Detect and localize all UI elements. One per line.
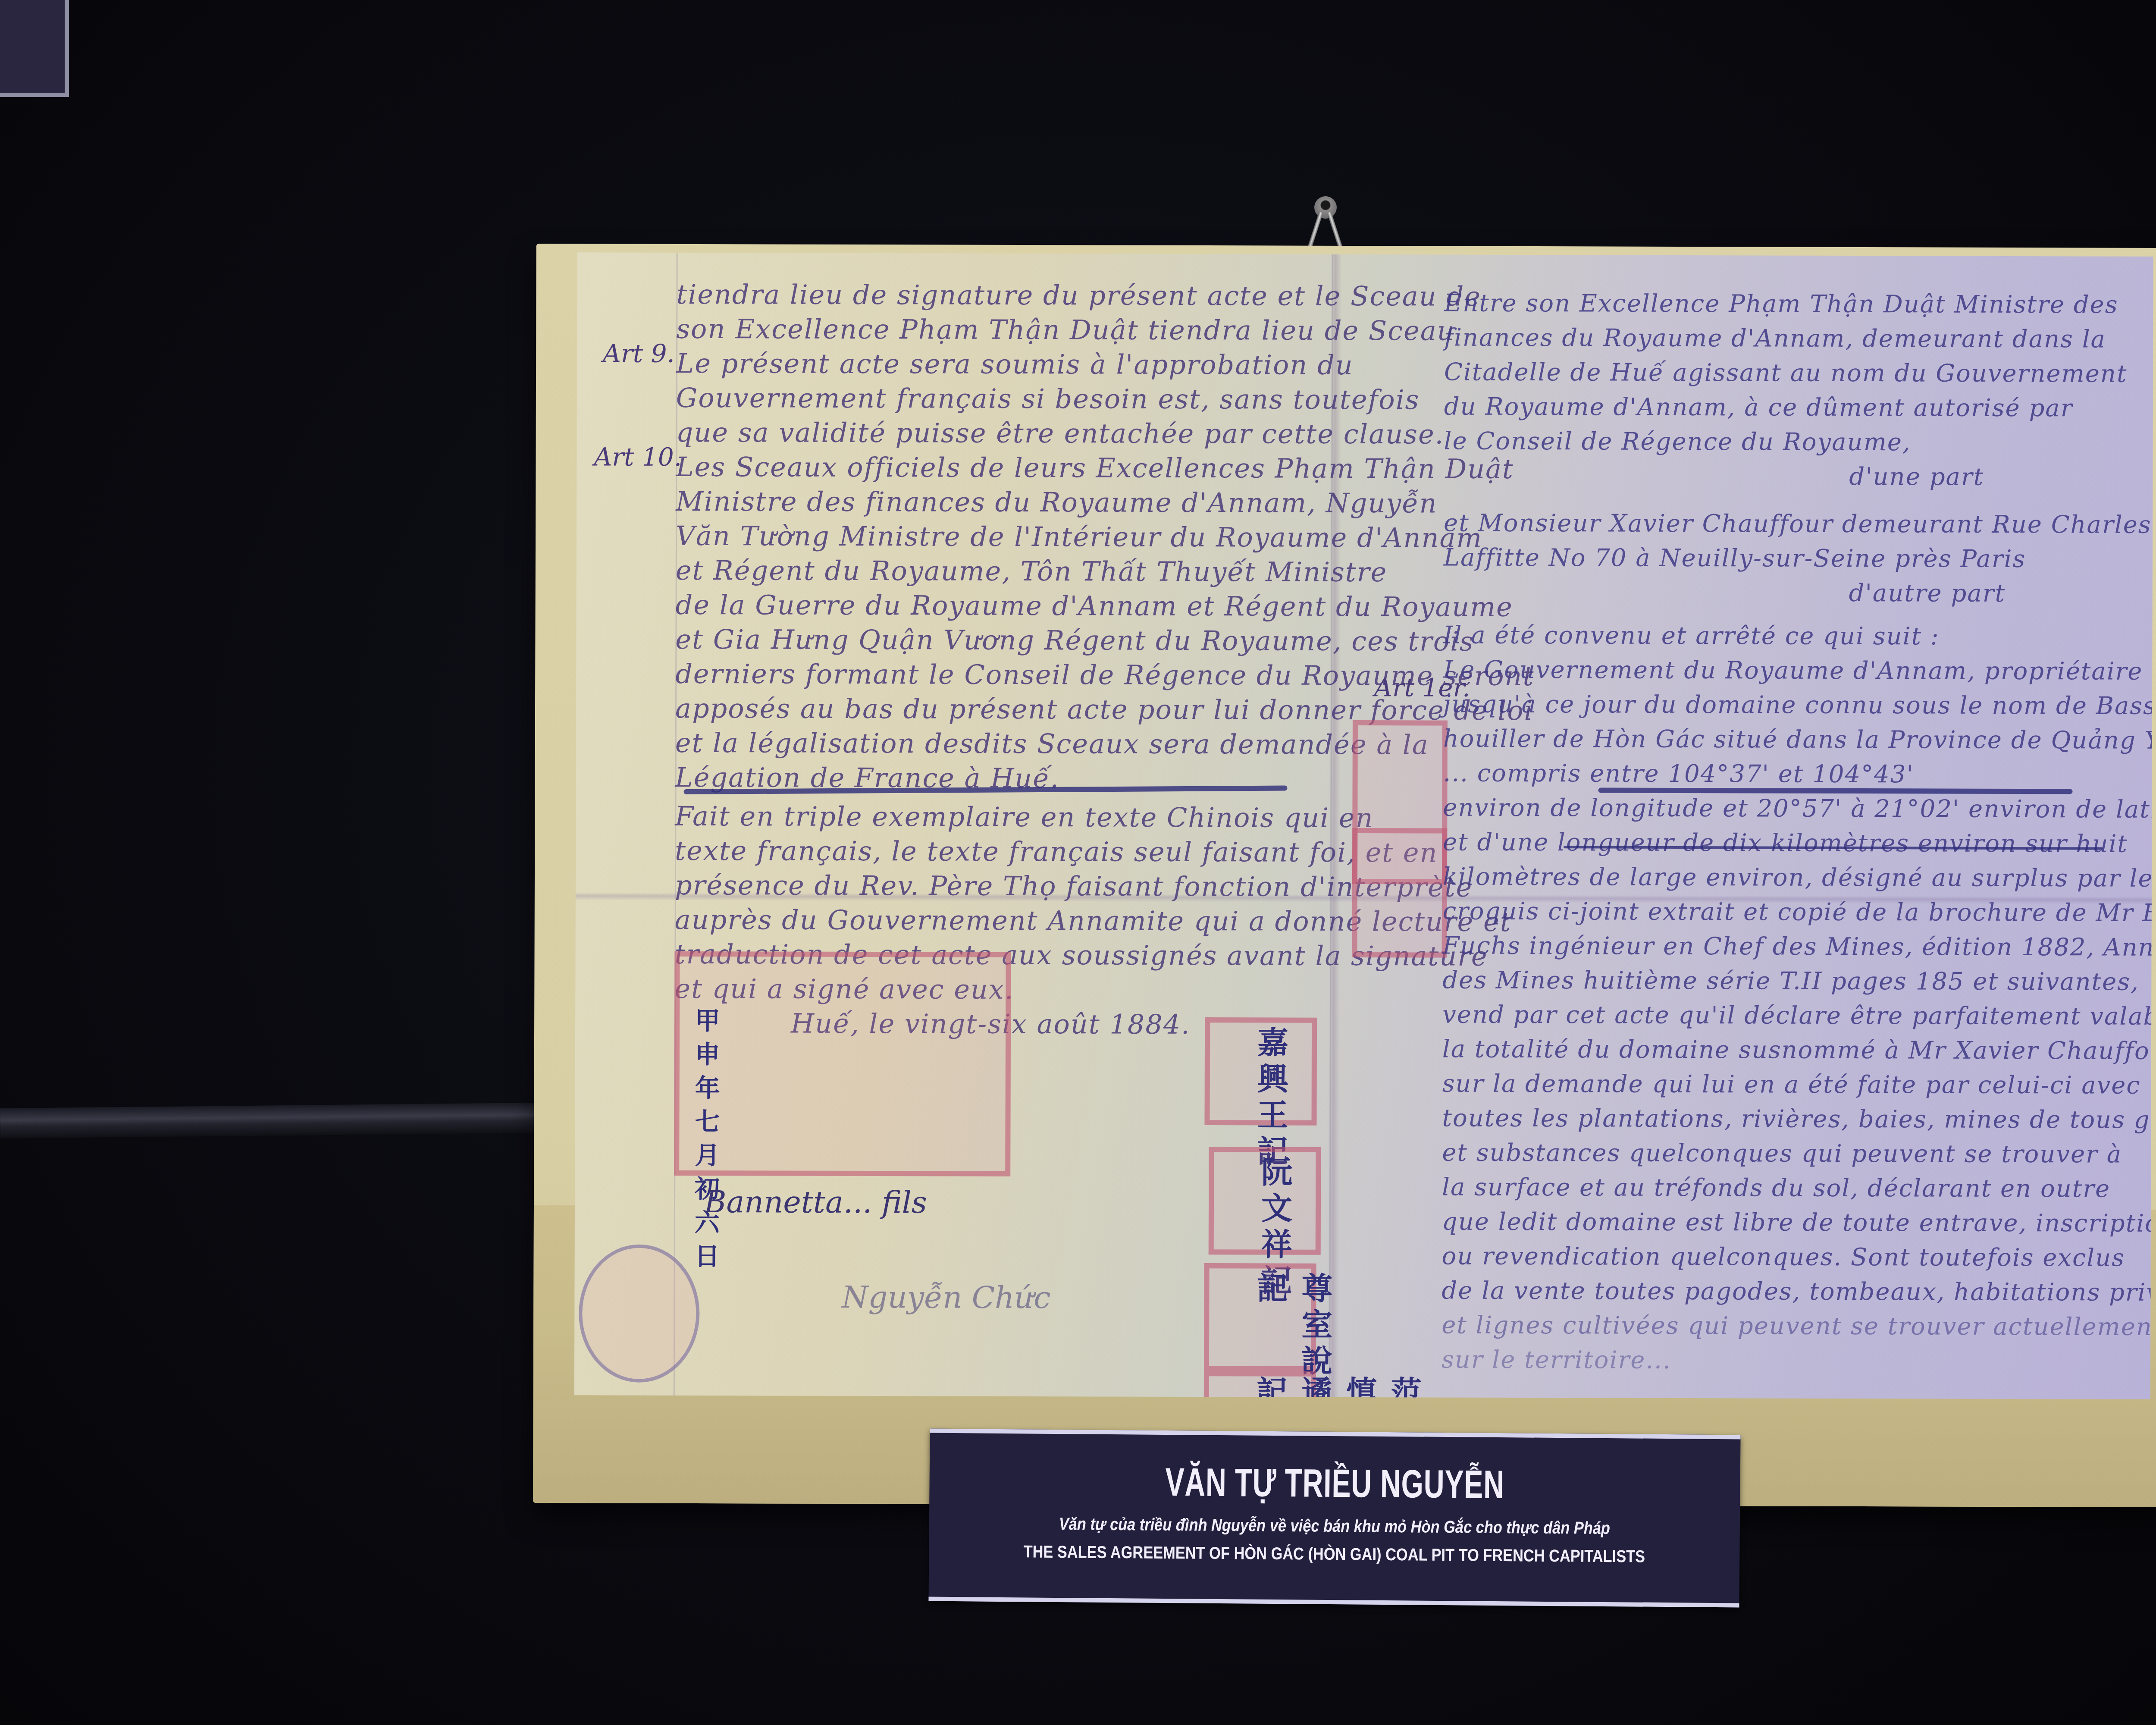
handwritten-line: environ de longitude et 20°57' à 21°02' …	[1443, 794, 2153, 824]
handwritten-line: et substances quelconques qui peuvent se…	[1442, 1139, 2122, 1169]
document-right-page: Art 1er. Entre son Excellence Phạm Thận …	[1347, 254, 2153, 1399]
article-label: Art 9.	[603, 339, 675, 368]
handwritten-line: de la vente toutes pagodes, tombeaux, ha…	[1442, 1277, 2153, 1307]
handwritten-line: la totalité du domaine susnommé à Mr Xav…	[1442, 1035, 2153, 1065]
handwritten-line: et Régent du Royaume, Tôn Thất Thuyết Mi…	[676, 555, 1388, 588]
exhibit-board: Art 9. Art 10. tiendra lieu de signature…	[533, 244, 2156, 1507]
handwritten-line: croquis ci-joint extrait et copié de la …	[1443, 897, 2153, 928]
handwritten-line: Fait en triple exemplaire en texte Chino…	[675, 800, 1373, 834]
handwritten-line: Gouvernement français si besoin est, san…	[676, 382, 1420, 416]
red-seal	[1352, 828, 1447, 958]
document-left-page: Art 9. Art 10. tiendra lieu de signature…	[574, 252, 1334, 1397]
historical-document: Art 9. Art 10. tiendra lieu de signature…	[574, 252, 2153, 1399]
large-red-seal	[674, 951, 1011, 1176]
handwritten-line: toutes les plantations, rivières, baies,…	[1442, 1104, 2153, 1135]
article-label: Art 10.	[594, 442, 682, 472]
handwritten-line: et d'une longueur de dix kilomètres envi…	[1443, 828, 2128, 858]
handwritten-line: et lignes cultivées qui peuvent se trouv…	[1442, 1311, 2153, 1341]
ink-underline	[1598, 787, 2072, 794]
handwritten-line: Laffitte No 70 à Neuilly-sur-Seine près …	[1444, 544, 2026, 574]
handwritten-line: Le Gouvernement du Royaume d'Annam, prop…	[1443, 656, 2143, 686]
caption-plaque: VĂN TỰ TRIỀU NGUYỄN Văn tự của triều đìn…	[928, 1429, 1740, 1608]
handwritten-line: le Conseil de Régence du Royaume,	[1444, 427, 1911, 457]
handwritten-line: d'autre part	[1849, 579, 2006, 608]
handwritten-line: Citadelle de Huế agissant au nom du Gouv…	[1444, 358, 2128, 388]
handwritten-line: que sa validité puisse être entachée par…	[676, 417, 1445, 450]
handwritten-line: d'une part	[1849, 463, 1984, 491]
handwritten-line: Le présent acte sera soumis à l'approbat…	[676, 348, 1354, 381]
handwritten-line: du Royaume d'Annam, à ce dûment autorisé…	[1444, 393, 2073, 423]
signature: Bannetta... fils	[704, 1184, 927, 1220]
handwritten-line: jusqu'à ce jour du domaine connu sous le…	[1443, 690, 2153, 720]
plaque-title: VĂN TỰ TRIỀU NGUYỄN	[1043, 1459, 1626, 1509]
handwritten-line: et Monsieur Xavier Chauffour demeurant R…	[1444, 509, 2152, 539]
chinese-date-text: 甲申年七月初六日	[687, 1007, 724, 1276]
handwritten-line: houiller de Hòn Gác situé dans la Provin…	[1443, 725, 2153, 755]
handwritten-line: la surface et au tréfonds du sol, déclar…	[1442, 1173, 2110, 1203]
handwritten-line: son Excellence Phạm Thận Duật tiendra li…	[676, 313, 1455, 347]
handwritten-line: sur le territoire...	[1442, 1346, 1671, 1374]
handwritten-line: et la légalisation desdits Sceaux sera d…	[675, 727, 1429, 761]
handwritten-line: Il a été convenu et arrêté ce qui suit :	[1443, 621, 1939, 651]
handwritten-line: des Mines huitième série T.II pages 185 …	[1442, 966, 2139, 996]
handwritten-line: Entre son Excellence Phạm Thận Duật Mini…	[1444, 289, 2118, 319]
handwritten-line: ... compris entre 104°37' et 104°43'	[1443, 759, 1914, 789]
plaque-subtitle-vietnamese: Văn tự của triều đình Nguyễn về việc bán…	[986, 1514, 1683, 1539]
handwritten-line: que ledit domaine est libre de toute ent…	[1442, 1208, 2153, 1238]
handwritten-line: Ministre des finances du Royaume d'Annam…	[676, 486, 1437, 519]
handwritten-line: Fuchs ingénieur en Chef des Mines, éditi…	[1442, 932, 2153, 962]
handwritten-line: texte français, le texte français seul f…	[675, 835, 1438, 869]
signature: Nguyễn Chức	[842, 1280, 1050, 1315]
hanging-hook	[1307, 196, 1345, 252]
handwritten-line: ou revendication quelconques. Sont toute…	[1442, 1242, 2125, 1272]
handwritten-line: vend par cet acte qu'il déclare être par…	[1442, 1001, 2153, 1031]
handwritten-line: sur la demande qui lui en a été faite pa…	[1442, 1070, 2141, 1100]
handwritten-line: finances du Royaume d'Annam, demeurant d…	[1444, 324, 2106, 354]
plaque-subtitle-english: THE SALES AGREEMENT OF HÒN GÁC (HÒN GAI)…	[986, 1542, 1683, 1567]
neighboring-exhibit-frame	[0, 0, 69, 97]
handwritten-line: kilomètres de large environ, désigné au …	[1443, 863, 2153, 893]
round-stamp	[579, 1244, 700, 1383]
